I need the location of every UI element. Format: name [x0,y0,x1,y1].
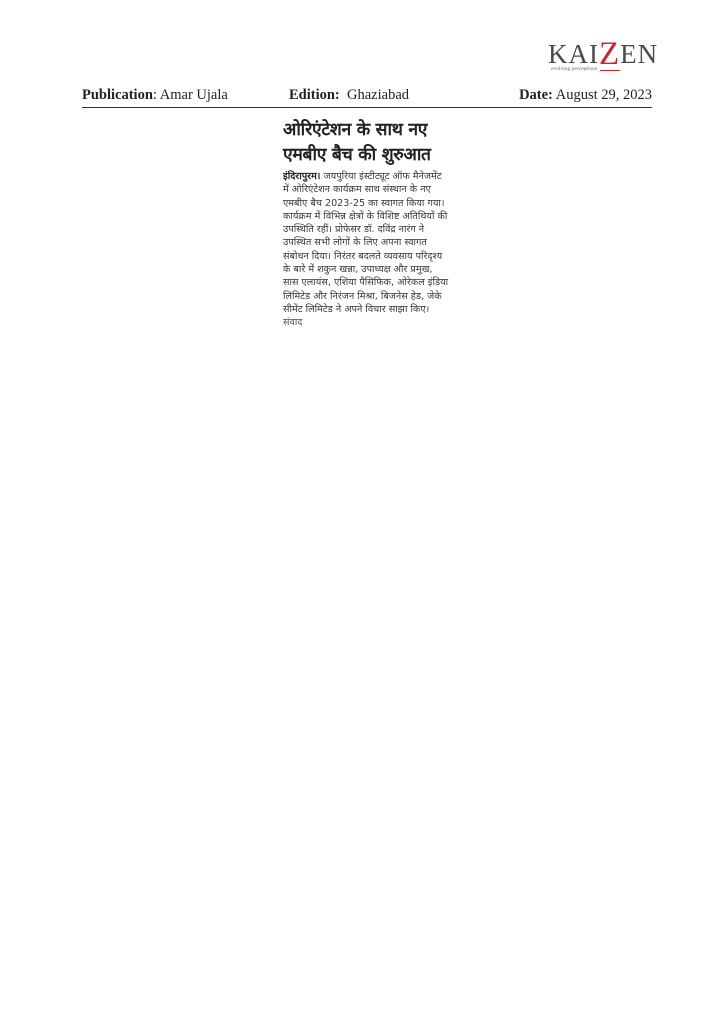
logo-wordmark: KAIZEN [548,38,658,69]
article-body: इंदिरापुरम। जयपुरिया इंस्टीट्यूट ऑफ मैने… [283,170,449,330]
edition-value: Ghaziabad [347,87,409,103]
headline-line-1: ओरिएंटेशन के साथ नए [283,120,427,140]
date-value: August 29, 2023 [556,87,652,103]
date-label: Date: [519,87,553,103]
kaizen-logo: KAIZEN evolving perceptions [548,36,668,78]
date-field: Date: August 29, 2023 [519,87,652,104]
logo-prefix: KAI [548,39,599,69]
publication-meta-bar: Publication: Amar Ujala Edition: Ghaziab… [82,87,652,108]
article-text: जयपुरिया इंस्टीट्यूट ऑफ मैनेजमेंट में ओर… [283,171,448,315]
article-credit: संवाद [283,317,302,328]
logo-z-letter: Z [599,36,620,72]
article-headline: ओरिएंटेशन के साथ नए एमबीए बैच की शुरुआत [283,118,449,168]
publication-value: : Amar Ujala [153,87,228,103]
edition-field: Edition: Ghaziabad [289,87,409,104]
article-dateline: इंदिरापुरम। [283,171,320,182]
logo-accent-line [600,70,620,71]
edition-label: Edition: [289,87,340,103]
logo-tagline: evolving perceptions [551,66,597,72]
headline-line-2: एमबीए बैच की शुरुआत [283,145,431,165]
logo-suffix: EN [620,39,658,69]
newspaper-clipping: ओरिएंटेशन के साथ नए एमबीए बैच की शुरुआत … [283,118,449,330]
publication-field: Publication: Amar Ujala [82,87,228,104]
publication-label: Publication [82,87,153,103]
